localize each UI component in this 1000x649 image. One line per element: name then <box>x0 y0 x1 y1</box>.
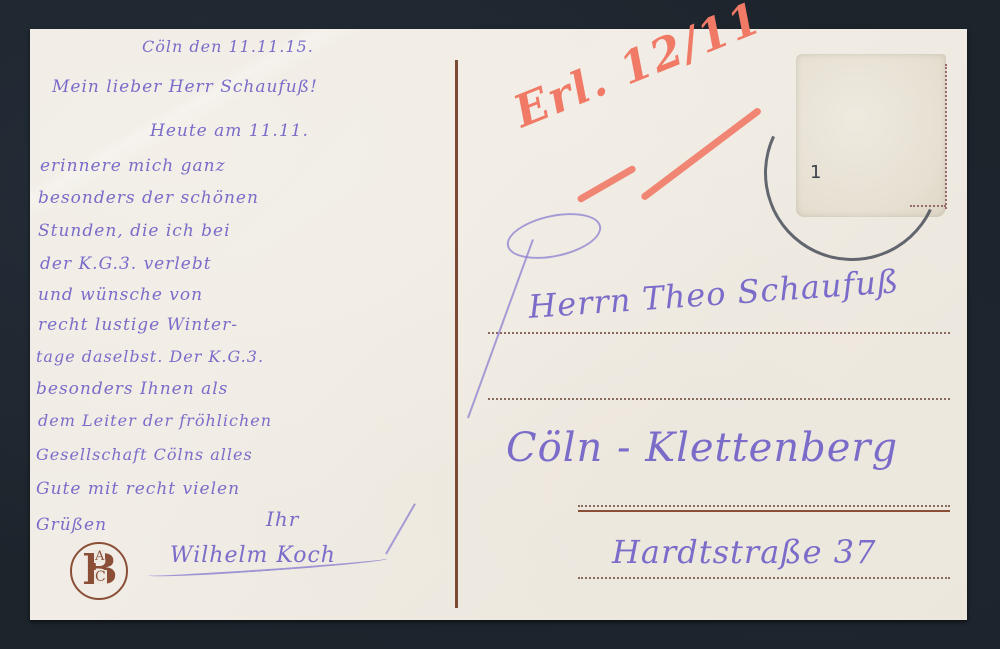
message-line: der K.G.3. verlebt <box>40 254 212 274</box>
address-line-3 <box>578 505 950 507</box>
red-underline-long <box>640 107 762 202</box>
address-recipient: Herrn Theo Schaufuß <box>527 262 900 326</box>
message-line: erinnere mich ganz <box>40 156 226 176</box>
message-line: und wünsche von <box>38 285 203 305</box>
red-underline-short <box>576 164 637 203</box>
message-line: Gute mit recht vielen <box>36 479 240 499</box>
herrn-loop <box>503 205 606 266</box>
publisher-logo: B A C <box>70 542 128 600</box>
message-line: Heute am 11.11. <box>150 121 309 141</box>
signature-stroke <box>385 503 416 554</box>
postcard: Cöln den 11.11.15. Mein lieber Herr Scha… <box>30 29 967 620</box>
address-street: Hardtstraße 37 <box>612 533 876 571</box>
message-line: Gesellschaft Cölns alles <box>36 445 253 464</box>
address-line-4 <box>578 577 950 579</box>
logo-letter-c: C <box>94 570 107 584</box>
message-line: Grüßen <box>36 515 107 535</box>
stamp-box-border <box>945 64 947 209</box>
address-line-2 <box>488 398 950 400</box>
message-date: Cöln den 11.11.15. <box>142 37 314 56</box>
message-line: Mein lieber Herr Schaufuß! <box>52 77 318 97</box>
message-line: besonders der schönen <box>38 188 259 208</box>
message-line: recht lustige Winter- <box>38 315 238 335</box>
message-closing: Ihr <box>266 507 299 531</box>
message-line: Stunden, die ich bei <box>38 221 231 241</box>
message-line: tage daselbst. Der K.G.3. <box>36 347 264 366</box>
address-city: Cöln - Klettenberg <box>506 425 898 471</box>
message-line: besonders Ihnen als <box>36 379 228 399</box>
center-divider <box>455 60 458 608</box>
postmark-digit: 1 <box>810 162 821 183</box>
message-line: dem Leiter der fröhlichen <box>38 411 272 430</box>
address-rule <box>578 510 950 512</box>
herrn-stem <box>467 239 534 418</box>
address-line-1 <box>488 332 950 334</box>
logo-letter-a: A <box>94 550 105 563</box>
